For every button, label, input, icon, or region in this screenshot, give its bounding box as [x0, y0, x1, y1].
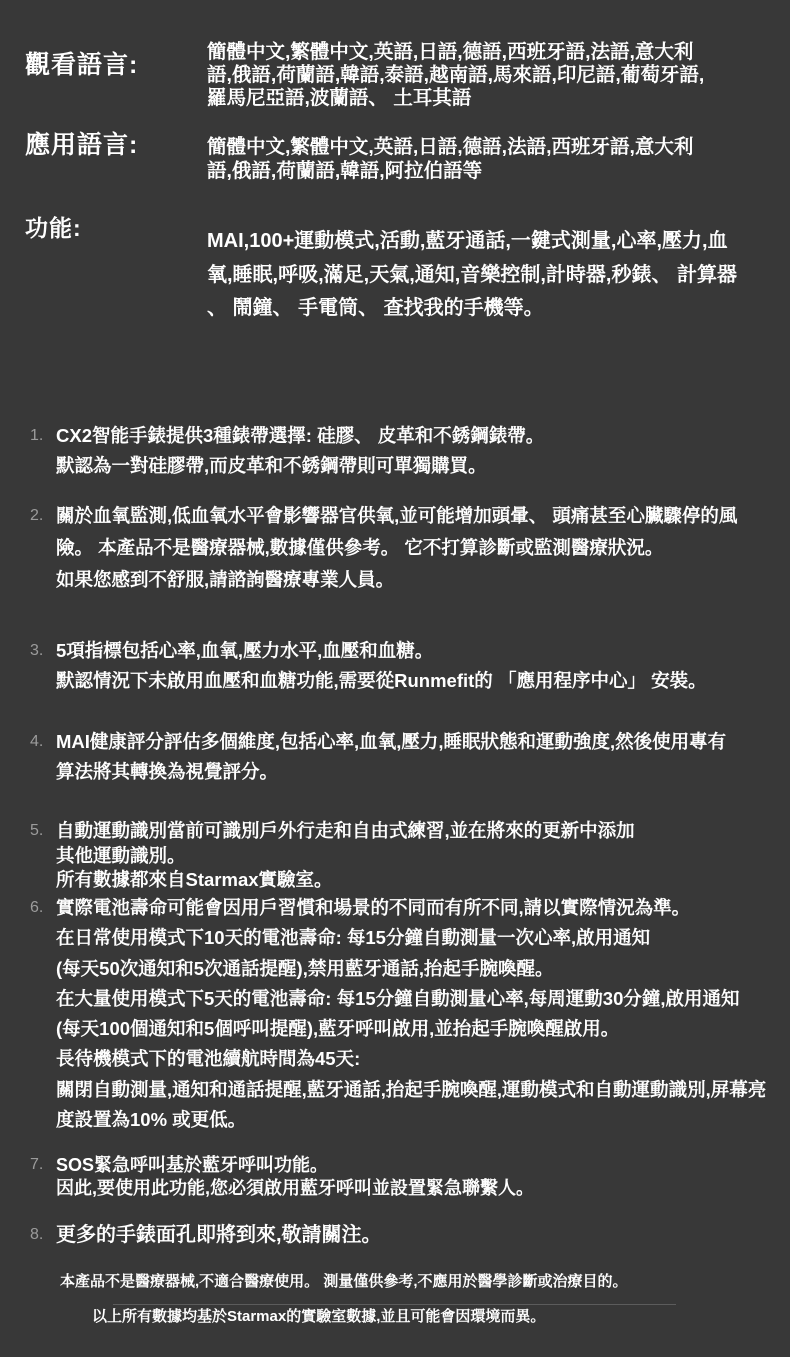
note-text: 關於血氧監測,低血氧水平會影響器官供氧,並可能增加頭暈、 頭痛甚至心臟驟停的風 …: [56, 500, 772, 596]
app-language-value: 簡體中文,繁體中文,英語,日語,德語,法語,西班牙語,意大利 語,俄語,荷蘭語,…: [207, 136, 785, 183]
product-description-page: 觀看語言: 簡體中文,繁體中文,英語,日語,德語,西班牙語,法語,意大利 語,俄…: [0, 0, 790, 1357]
note-item-3: 3.5項指標包括心率,血氧,壓力水平,血壓和血糖。 默認情況下未啟用血壓和血糖功…: [30, 618, 782, 696]
note-item-7: 7.SOS緊急呼叫基於藍牙呼叫功能。 因此,要使用此功能,您必須啟用藍牙呼叫並設…: [30, 1136, 782, 1199]
note-text: CX2智能手錶提供3種錶帶選擇: 硅膠、 皮革和不銹鋼錶帶。 默認為一對硅膠帶,…: [56, 421, 772, 481]
note-item-4: 4.MAI健康評分評估多個維度,包括心率,血氧,壓力,睡眠狀態和運動強度,然後使…: [30, 709, 782, 787]
note-item-8: 8.更多的手錶面孔即將到來,敬請關注。: [30, 1204, 782, 1248]
medical-disclaimer: 本產品不是醫療器械,不適合醫療使用。 測量僅供參考,不應用於醫學診斷或治療目的。: [60, 1272, 760, 1291]
note-text: SOS緊急呼叫基於藍牙呼叫功能。 因此,要使用此功能,您必須啟用藍牙呼叫並設置緊…: [56, 1154, 772, 1199]
note-number: 7.: [30, 1154, 56, 1177]
note-number: 8.: [30, 1222, 56, 1248]
footer-divider: [113, 1304, 676, 1305]
watch-language-label: 觀看語言:: [25, 50, 138, 80]
lab-data-disclaimer: 以上所有數據均基於Starmax的實驗室數據,並且可能會因環境而異。: [92, 1307, 742, 1326]
note-number: 2.: [30, 500, 56, 532]
note-number: 6.: [30, 893, 56, 923]
note-item-1: 1.CX2智能手錶提供3種錶帶選擇: 硅膠、 皮革和不銹鋼錶帶。 默認為一對硅膠…: [30, 403, 782, 481]
note-item-2: 2.關於血氧監測,低血氧水平會影響器官供氧,並可能增加頭暈、 頭痛甚至心臟驟停的…: [30, 482, 782, 596]
note-number: 5.: [30, 819, 56, 844]
functions-value: MAI,100+運動模式,活動,藍牙通話,一鍵式測量,心率,壓力,血 氧,睡眠,…: [207, 225, 785, 326]
note-text: MAI健康評分評估多個維度,包括心率,血氧,壓力,睡眠狀態和運動強度,然後使用專…: [56, 727, 772, 787]
note-text: 5項指標包括心率,血氧,壓力水平,血壓和血糖。 默認情況下未啟用血壓和血糖功能,…: [56, 636, 772, 696]
watch-language-value: 簡體中文,繁體中文,英語,日語,德語,西班牙語,法語,意大利 語,俄語,荷蘭語,…: [207, 41, 785, 110]
note-text: 實際電池壽命可能會因用戶習慣和場景的不同而有所不同,請以實際情況為準。 在日常使…: [56, 893, 772, 1135]
note-text: 更多的手錶面孔即將到來,敬請關注。: [56, 1222, 772, 1248]
note-number: 1.: [30, 421, 56, 451]
app-language-label: 應用語言:: [25, 130, 138, 160]
note-item-6: 6.實際電池壽命可能會因用戶習慣和場景的不同而有所不同,請以實際情況為準。 在日…: [30, 875, 782, 1135]
note-number: 3.: [30, 636, 56, 666]
functions-label: 功能:: [25, 213, 82, 243]
note-number: 4.: [30, 727, 56, 757]
